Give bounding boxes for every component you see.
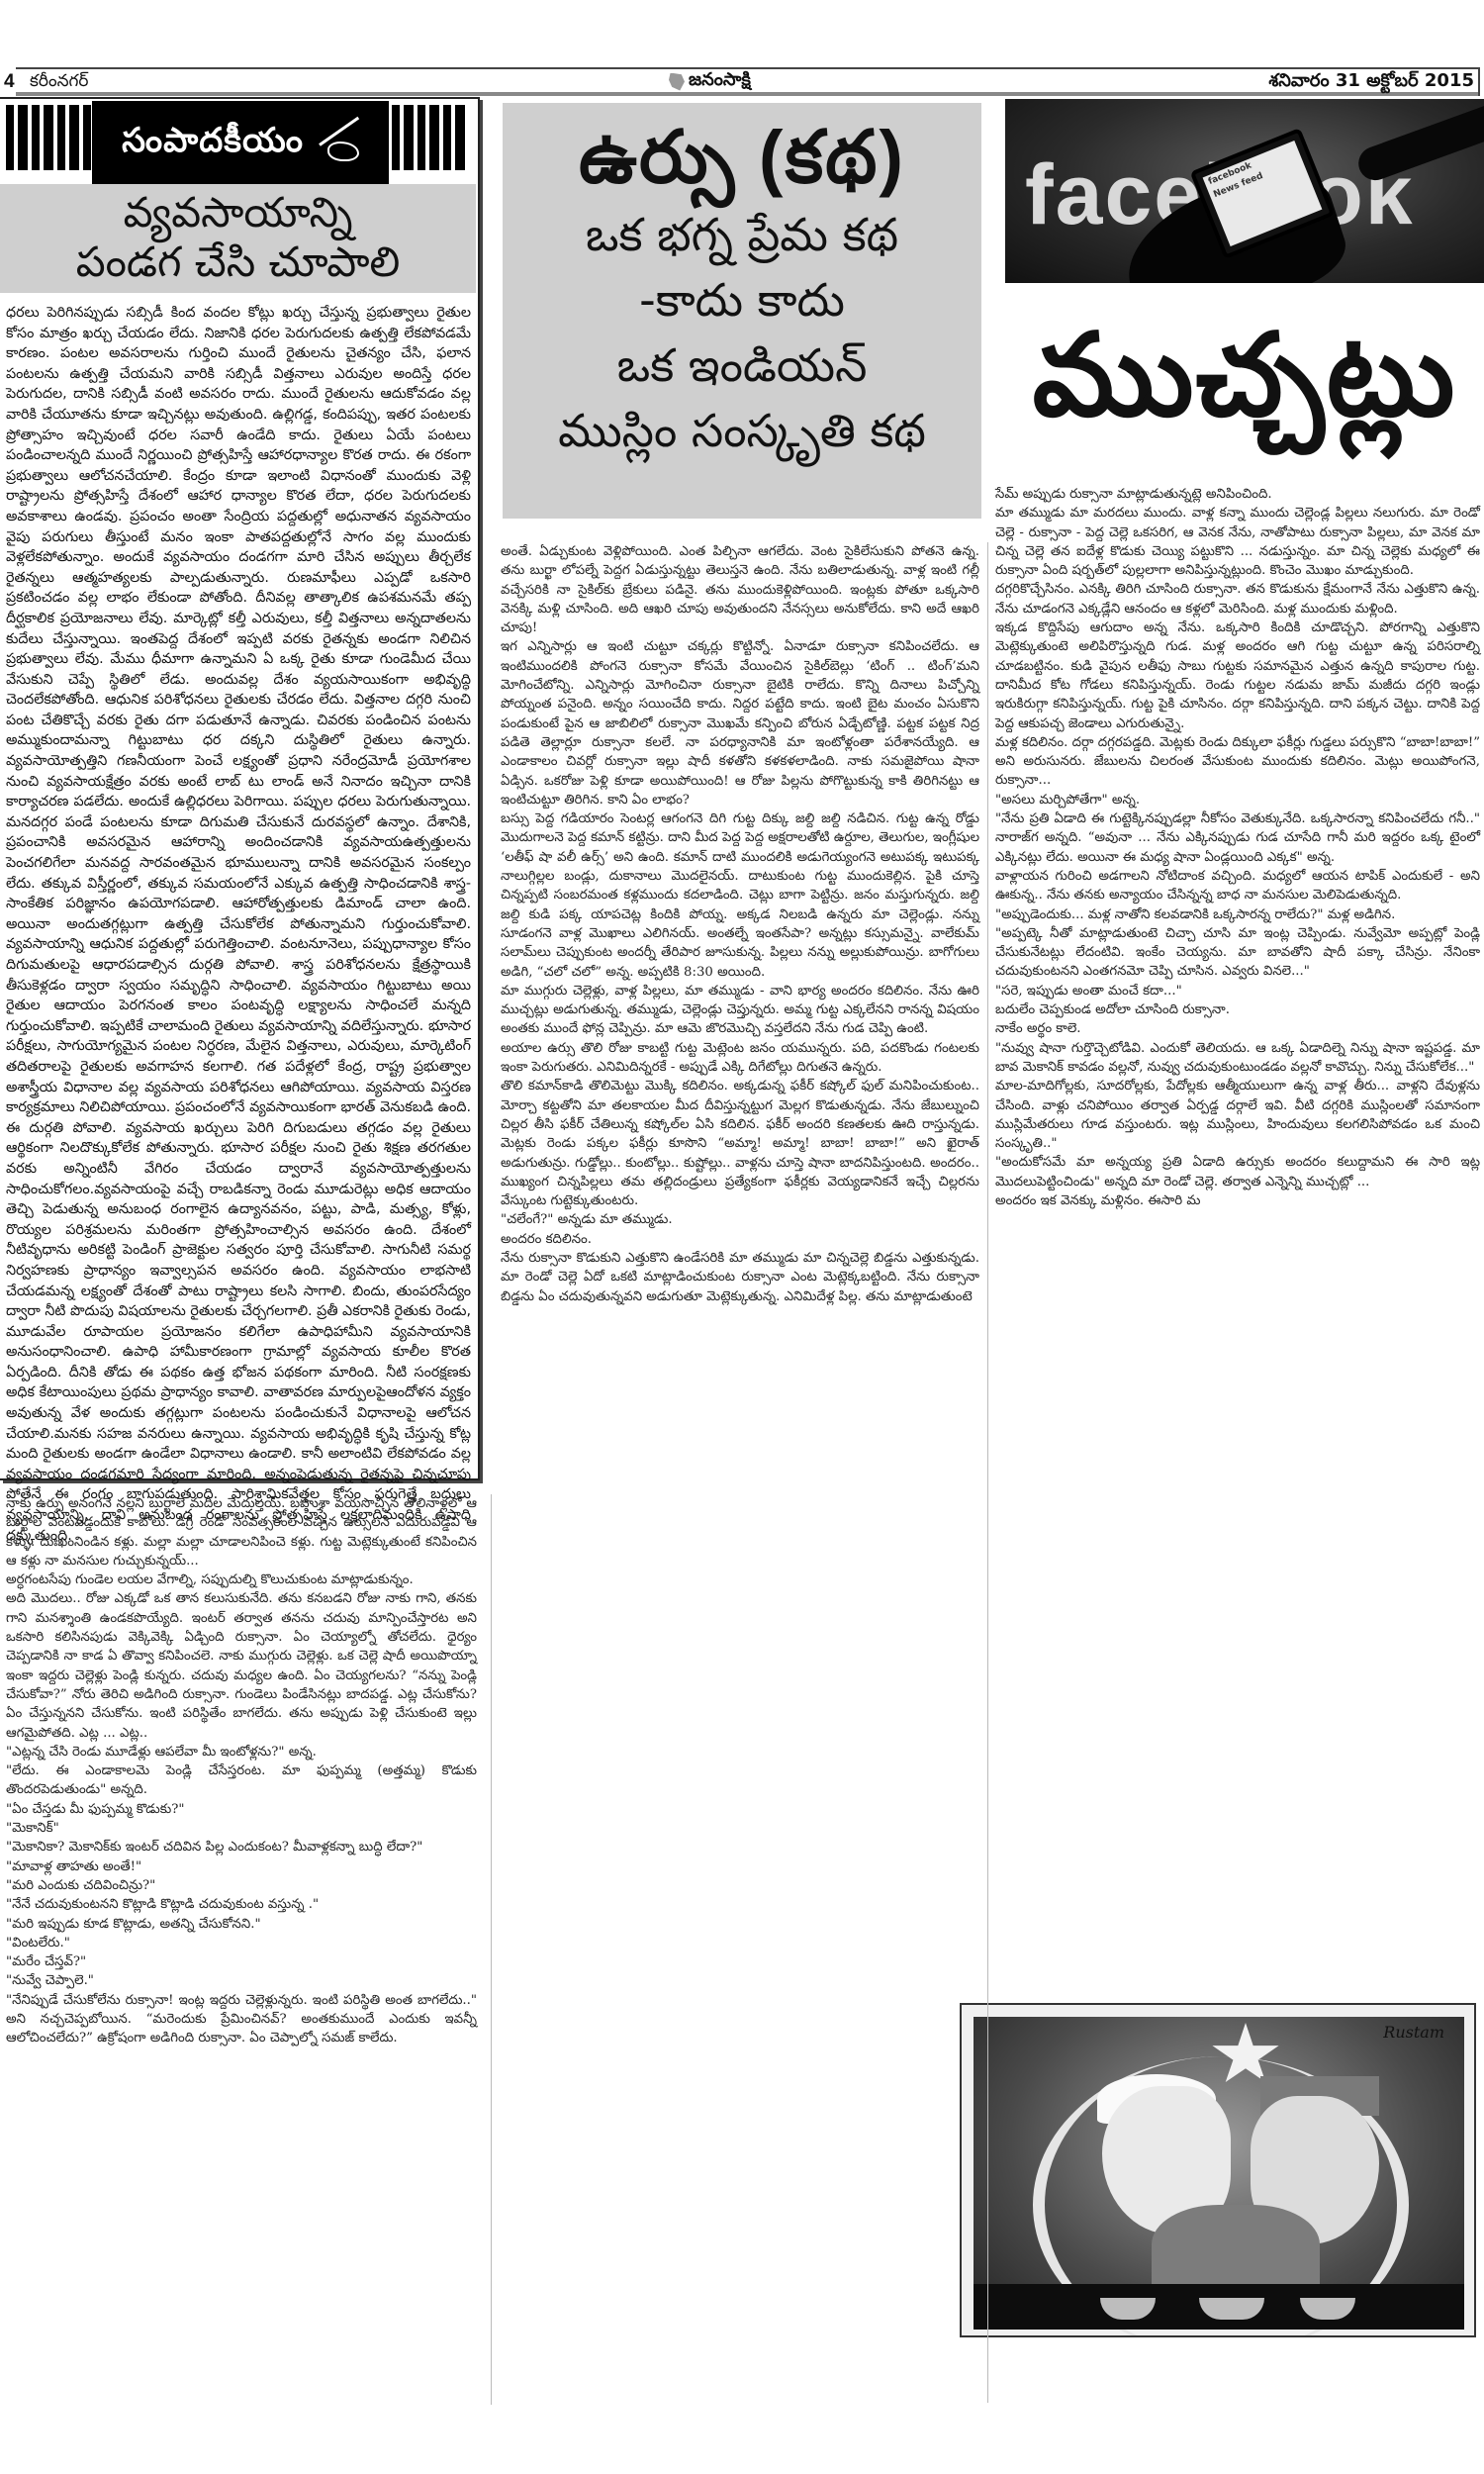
artist-signature: Rustam [1383,2023,1444,2042]
table [974,2284,1464,2330]
story-paragraph: "నేను ప్రతి ఏడాది ఈ గుట్టెక్కినప్పుడల్లా… [995,809,1480,867]
story-paragraph: "నేనిప్పుడే చేసుకోలేను రుక్సానా! ఇంట్ల ఇ… [6,1991,477,2048]
section-title-muchatlu: ముచ్చట్లు [1005,297,1484,455]
story-paragraph: "నేనే చదువుకుంటనని కొట్లాడి కొట్లాడి చదు… [6,1895,477,1914]
story-paragraph: అంతే. ఏడ్చుకుంట వెళ్లిపోయింది. ఎంత పిల్చ… [501,542,979,637]
story-subtitle-line: ఒక ఇండియన్ [503,333,981,398]
story-subtitle-line: ముస్లిం సంస్కృతి కథ [503,398,981,463]
story-paragraph: వాళ్లాయన గురించి అడగాలని నోటిదాంక వచ్చిం… [995,867,1480,905]
telangana-map-icon [669,73,685,91]
story-illustration: Rustam [960,2003,1476,2337]
story-paragraph: "సరె, ఇప్పుడు అంతా మంచే కదా..." [995,982,1480,1000]
story-paragraph: అర్ధగంటసేపు గుండెల లయల వేగాల్ని, సప్పుదు… [6,1570,477,1589]
story-title: ఉర్సు (కథ) [503,113,981,202]
facebook-photo: facebook facebook News feed [1005,99,1484,283]
story-paragraph: "వింటలేరు." [6,1934,477,1952]
editorial-label: సంపాదకీయం [92,101,389,188]
story-paragraph: తొలి కమాన్‌కాడి తొలిమెట్టు మొక్కి కదిలిన… [501,1077,979,1210]
story-paragraph: "చలేంగే?" అన్నడు మా తమ్ముడు. [501,1210,979,1229]
story-paragraph: అయాల ఉర్సు తొలి రోజు కాబట్టి గుట్ట మెట్ల… [501,1039,979,1078]
story-subtitle-line: ఒక భగ్న ప్రేమ కథ [503,202,981,267]
bowl-icon [1199,2298,1264,2320]
story-column-middle: అంతే. ఏడ్చుకుంట వెళ్లిపోయింది. ఎంత పిల్చ… [501,542,979,1306]
story-paragraph: "మరి ఎందుకు చదివించిన్రు?" [6,1876,477,1895]
story-paragraph: "నువ్వే చెప్పాలె." [6,1971,477,1990]
masthead: జనంసాక్షి [669,69,751,94]
story-paragraph: "మరి ఇప్పుడు కూడ కొట్లాడు, అతన్ని చేసుకో… [6,1915,477,1934]
pointing-finger-silhouette [1353,106,1484,185]
story-paragraph: నాకేం అర్థం కాలె. [995,1019,1480,1038]
story-paragraph: "ఎట్లన్న చేసి రెండు మూడేళ్లు ఆపలేవా మీ ఇ… [6,1743,477,1761]
bowl-icon [1300,2298,1355,2320]
story-paragraph: "అప్పుడెందుకు... మళ్ల నాతోని కలవడానికి ఒ… [995,905,1480,924]
story-paragraph: మా ముగ్గురు చెల్లెళ్లు, వాళ్ల పిల్లలు, మ… [501,982,979,1039]
masthead-title: జనంసాక్షి [689,69,751,94]
story-paragraph: మళ్ల కదిలినం. దర్గా దగ్గరపడ్డది. మెట్లకు… [995,733,1480,791]
story-paragraph: "మావాళ్ల తాహతు అంతే!" [6,1857,477,1876]
story-headline-box: ఉర్సు (కథ) ఒక భగ్న ప్రేమ కథ -కాదు కాదు ఒ… [503,103,981,519]
story-paragraph: సేమ్ అప్పుడు రుక్సానా మాట్లాడుతున్నట్లె … [995,485,1480,504]
editorial-box: సంపాదకీయం వ్యవసాయాన్ని పండగ చేసి చూపాలి … [0,97,480,1480]
story-paragraph: "నువ్వు షానా గుర్తొచ్చెటోడివి. ఎందుకో తె… [995,1039,1480,1078]
issue-date: శనివారం 31 అక్టోబర్ 2015 [1268,70,1474,95]
story-paragraph: "అసలు మర్చిపోతేగా" అన్న. [995,791,1480,809]
pen-in-hand-icon [320,128,359,161]
story-paragraph: నాకు ఉర్సు అనంగనె నల్లని బుర్ఖాలె మదిల మ… [6,1494,477,1570]
editorial-label-text: సంపాదకీయం [122,121,304,168]
story-paragraph: బస్సు పెద్ద గడియారం సెంటర్ల ఆగంగనె దిగి … [501,809,979,982]
edition-name: కరీంనగర్ [30,71,89,95]
story-paragraph: "మెకానిక్" [6,1819,477,1838]
story-column-right: సేమ్ అప్పుడు రుక్సానా మాట్లాడుతున్నట్లె … [995,485,1480,1210]
story-paragraph: అది మొదలు.. రోజు ఎక్కడో ఒక తాన కలుసుకునే… [6,1589,477,1742]
story-paragraph: "మెకానికా? మెకానిక్‌కు ఇంటర్ చదివిన పిల్… [6,1838,477,1856]
story-paragraph: బదులేం చెప్పకుండ అదోలా చూసింది రుక్సానా. [995,1000,1480,1019]
column-divider [491,1494,492,2405]
story-paragraph: "అందుకోసమే మా అన్నయ్య ప్రతి ఏడాది ఉర్సుక… [995,1153,1480,1191]
bowl-icon [1100,2298,1156,2320]
story-paragraph: ఇక్కడ కొద్దిసేపు ఆగుదాం అన్న నేను. ఒక్కస… [995,618,1480,733]
story-subtitle-line: -కాదు కాదు [503,267,981,333]
story-paragraph: అందరం కదిలినం. [501,1230,979,1249]
story-paragraph: "మరేం చేస్తవ్?" [6,1952,477,1971]
editorial-banner: సంపాదకీయం [6,103,469,172]
editorial-body: ధరలు పెరిగినప్పుడు సబ్సిడీ కింద వందల కోట… [6,303,471,1546]
editorial-headline-line1: వ్యవసాయాన్ని [0,188,476,238]
story-paragraph: నేను రుక్సానా కొడుకుని ఎత్తుకొని ఉండేసరి… [501,1249,979,1306]
column-divider [987,542,988,2403]
story-paragraph: మాల-మాదిగోల్లకు, సూదరోల్లకు, పేదోల్లకు ఆ… [995,1077,1480,1153]
editorial-headline: వ్యవసాయాన్ని పండగ చేసి చూపాలి [0,184,476,293]
story-paragraph: "అప్పట్కె నీతో మాట్లాడుతుంటె చిచ్చా చూసి… [995,924,1480,982]
editorial-headline-line2: పండగ చేసి చూపాలి [0,238,476,287]
header-divider [1478,67,1480,96]
story-column-left: నాకు ఉర్సు అనంగనె నల్లని బుర్ఖాలె మదిల మ… [6,1494,477,2048]
illustration-canvas: Rustam [974,2017,1464,2330]
story-paragraph: ఇగ ఎన్నిసార్లు ఆ ఇంటి చుట్టూ చక్కర్లు కొ… [501,637,979,809]
story-paragraph: దగ్గరికొచ్చేసినం. ఎనక్కి తిరిగి చూసింది … [995,580,1480,618]
story-paragraph: "లేదు. ఈ ఎండాకాలమె పెండ్లి చేసేస్తరంట. మ… [6,1761,477,1800]
editorial-paragraph: ధరలు పెరిగినప్పుడు సబ్సిడీ కింద వందల కోట… [6,303,471,1546]
story-paragraph: అందరం ఇక వెనక్కు మళ్లినం. ఈసారి మ [995,1191,1480,1210]
page-number: 4 [4,71,15,93]
story-paragraph: "ఏం చేస్తడు మీ ఫుప్పమ్మ కొడుకు?" [6,1800,477,1819]
page-header: 4 కరీంనగర్ జనంసాక్షి శనివారం 31 అక్టోబర్… [16,67,1478,96]
story-paragraph: మా తమ్ముడు మా మరదలు ముందు. వాళ్ల కన్నా మ… [995,504,1480,580]
